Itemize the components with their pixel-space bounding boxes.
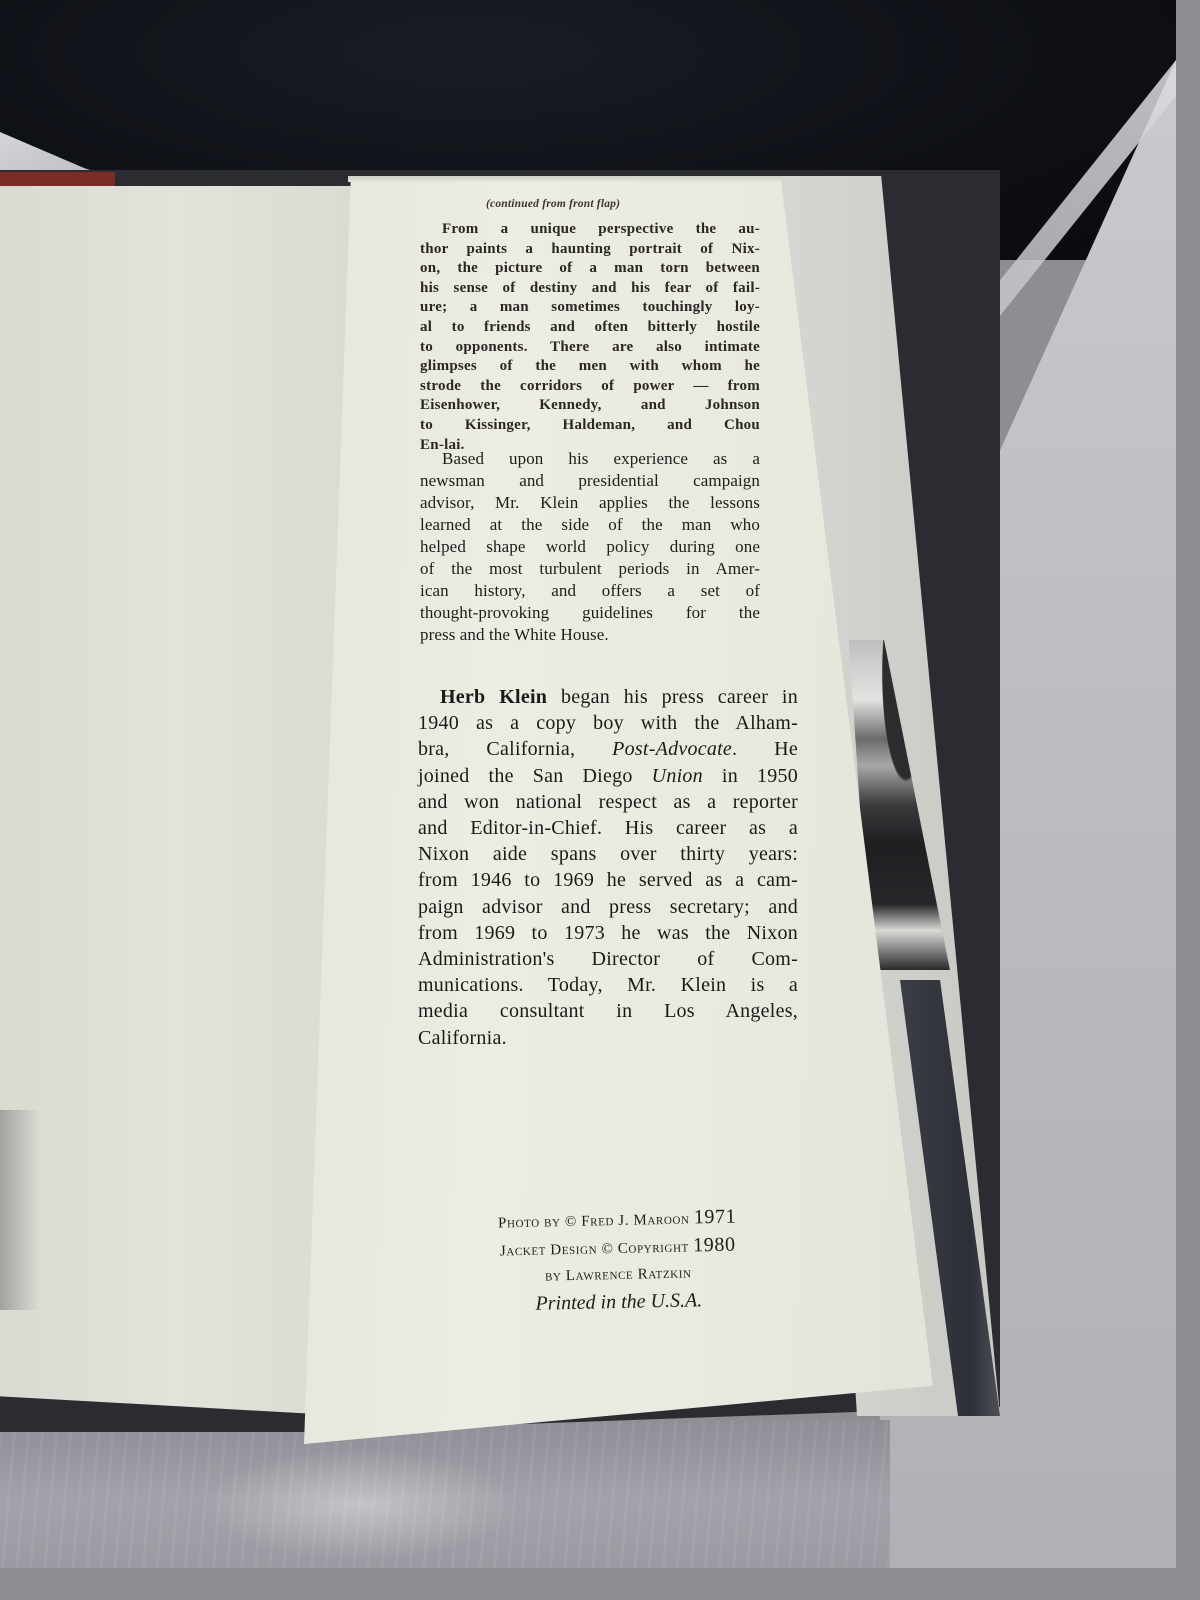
endpaper	[0, 186, 352, 1416]
text-line: helped shape world policy during one	[420, 536, 760, 558]
text-line: Based upon his experience as a	[420, 448, 760, 470]
text-line: media consultant in Los Angeles,	[418, 998, 798, 1024]
text-line: advisor, Mr. Klein applies the lessons	[420, 492, 760, 514]
text-line: paign advisor and press secretary; and	[418, 894, 798, 920]
bio-line: bra, California, Post-Advocate. He	[418, 736, 798, 762]
text-line: ican history, and offers a set of	[420, 580, 760, 602]
flap-top-edge	[348, 176, 782, 182]
author-name: Herb Klein	[440, 686, 547, 708]
text-line: newsman and presidential campaign	[420, 470, 760, 492]
bio-line: 1940 as a copy boy with the Alham-	[418, 710, 798, 736]
text-line: Administration's Director of Com-	[418, 946, 798, 972]
text-line: and Editor-in-Chief. His career as a	[418, 815, 798, 841]
text-line: on, the picture of a man torn between	[420, 259, 760, 279]
newspaper-title: Union	[652, 765, 703, 787]
text-line: ure; a man sometimes touchingly loy-	[420, 298, 760, 318]
bio-line: Herb Klein began his press career in	[418, 684, 798, 710]
text-line: thought-provoking guidelines for the	[420, 602, 760, 624]
synopsis-paragraph-1: From a unique perspective the au-thor pa…	[420, 220, 760, 455]
author-bio: Herb Klein began his press career in 194…	[418, 684, 798, 1051]
newspaper-title: Post-Advocate	[612, 738, 732, 760]
text-line: glimpses of the men with whom he	[420, 357, 760, 377]
text-line: press and the White House.	[420, 624, 760, 646]
text-line: Nixon aide spans over thirty years:	[418, 841, 798, 867]
text-line: from 1946 to 1969 he served as a cam-	[418, 867, 798, 893]
red-spine-strip	[0, 172, 115, 188]
plastic-glare	[200, 1450, 520, 1560]
endpaper-shadow	[0, 1110, 40, 1310]
text-line: to opponents. There are also intimate	[420, 338, 760, 358]
text-line: munications. Today, Mr. Klein is a	[418, 972, 798, 998]
continued-note: (continued from front flap)	[486, 198, 620, 210]
bio-rest-lines: and won national respect as a reporteran…	[418, 789, 798, 1051]
text-line: from 1969 to 1973 he was the Nixon	[418, 920, 798, 946]
text-line: al to friends and often bitterly hostile	[420, 318, 760, 338]
bio-line: joined the San Diego Union in 1950	[418, 763, 798, 789]
text-line: his sense of destiny and his fear of fai…	[420, 279, 760, 299]
text-line: learned at the side of the man who	[420, 514, 760, 536]
text-line: thor paints a haunting portrait of Nix-	[420, 240, 760, 260]
text-line: to Kissinger, Haldeman, and Chou	[420, 416, 760, 436]
text-line: California.	[418, 1025, 798, 1051]
jacket-credits: Photo by © Fred J. Maroon 1971 Jacket De…	[447, 1202, 789, 1319]
text-line: Eisenhower, Kennedy, and Johnson	[420, 396, 760, 416]
text-line: strode the corridors of power — from	[420, 377, 760, 397]
text-line: of the most turbulent periods in Amer-	[420, 558, 760, 580]
synopsis-paragraph-2: Based upon his experience as anewsman an…	[420, 448, 760, 646]
text-line: and won national respect as a reporter	[418, 789, 798, 815]
text-line: From a unique perspective the au-	[420, 220, 760, 240]
